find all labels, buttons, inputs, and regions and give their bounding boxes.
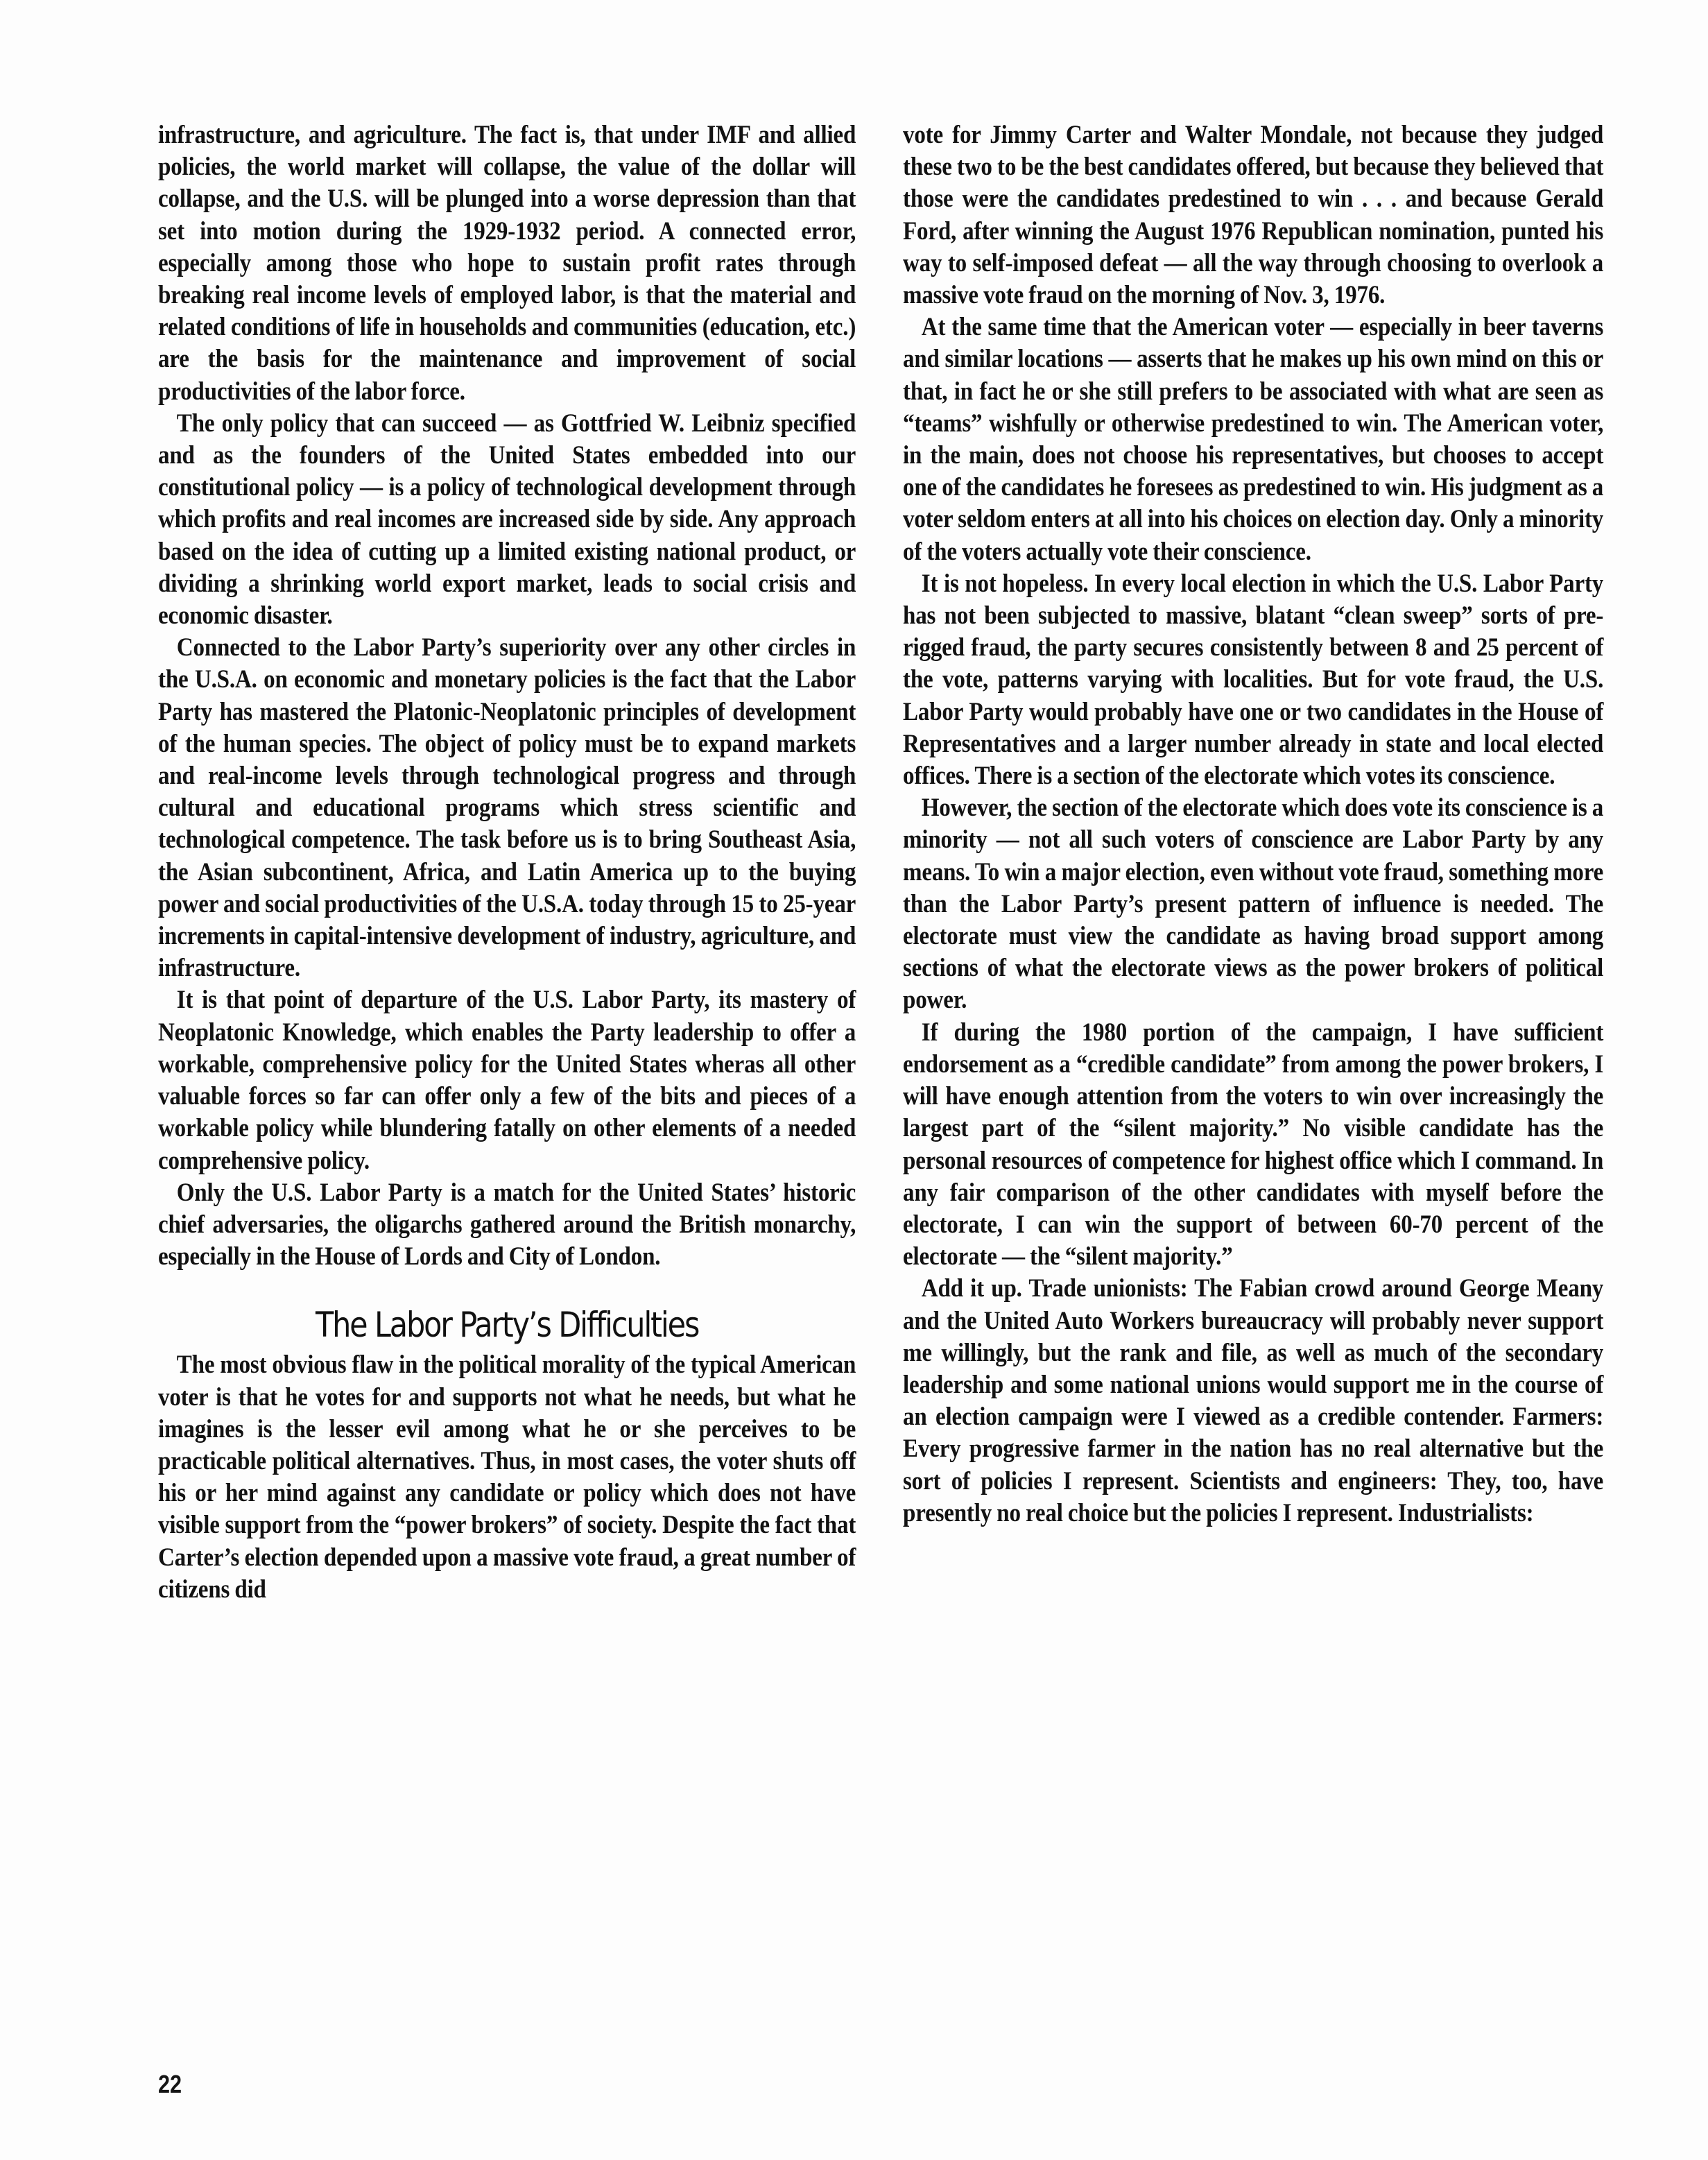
paragraph-text: Only the U.S. Labor Party is a match for…: [158, 1177, 856, 1274]
paragraph: The only policy that can succeed — as Go…: [158, 408, 856, 632]
paragraph-text: The only policy that can succeed — as Go…: [158, 408, 856, 632]
paragraph: vote for Jimmy Carter and Walter Mondale…: [903, 119, 1603, 311]
paragraph: It is not hopeless. In every local elect…: [903, 568, 1603, 792]
section-heading: The Labor Party’s Difficulties: [158, 1305, 856, 1345]
paragraph: At the same time that the American voter…: [903, 311, 1603, 568]
paragraph-text: It is that point of departure of the U.S…: [158, 984, 856, 1176]
paragraph-text: The most obvious flaw in the political m…: [158, 1349, 856, 1606]
left-column: infrastructure, and agriculture. The fac…: [158, 119, 856, 1606]
paragraph: The most obvious flaw in the political m…: [158, 1349, 856, 1606]
paragraph: infrastructure, and agriculture. The fac…: [158, 119, 856, 408]
paragraph-text: However, the section of the electorate w…: [903, 792, 1603, 1016]
paragraph-text: infrastructure, and agriculture. The fac…: [158, 119, 856, 408]
paragraph-text: Add it up. Trade unionists: The Fabian c…: [903, 1273, 1603, 1529]
paragraph: Add it up. Trade unionists: The Fabian c…: [903, 1273, 1603, 1529]
paragraph-text: At the same time that the American voter…: [903, 311, 1603, 568]
section-heading-text: The Labor Party’s Difficulties: [316, 1305, 698, 1345]
paragraph: Connected to the Labor Party’s superiori…: [158, 632, 856, 984]
paragraph: However, the section of the electorate w…: [903, 792, 1603, 1016]
paragraph-text: vote for Jimmy Carter and Walter Mondale…: [903, 119, 1603, 311]
paragraph: If during the 1980 portion of the campai…: [903, 1017, 1603, 1274]
right-column: vote for Jimmy Carter and Walter Mondale…: [903, 119, 1603, 1529]
paragraph-text: It is not hopeless. In every local elect…: [903, 568, 1603, 792]
paragraph: Only the U.S. Labor Party is a match for…: [158, 1177, 856, 1274]
paragraph-text: Connected to the Labor Party’s superiori…: [158, 632, 856, 984]
paragraph-text: If during the 1980 portion of the campai…: [903, 1017, 1603, 1274]
paragraph: It is that point of departure of the U.S…: [158, 984, 856, 1176]
page-number: 22: [158, 2071, 182, 2098]
document-page: infrastructure, and agriculture. The fac…: [0, 0, 1708, 2160]
